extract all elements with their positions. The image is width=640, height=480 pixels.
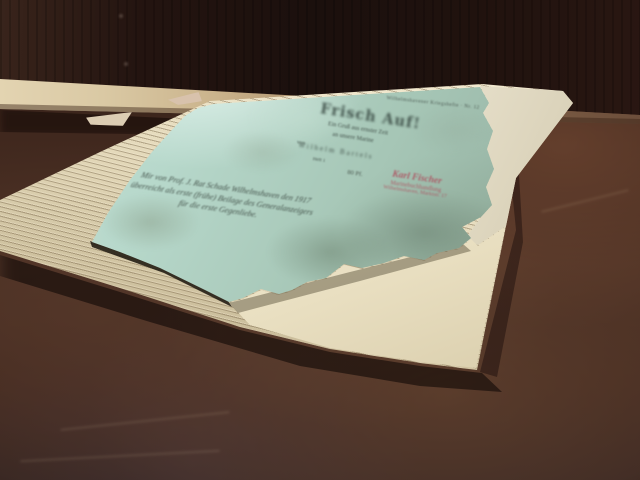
photo-old-booklet-on-leather: Wilhelmshavener Kriegshefte · Nr. 12 Fri… [0,0,640,480]
dust-speck [124,62,128,66]
dust-speck [119,14,123,18]
